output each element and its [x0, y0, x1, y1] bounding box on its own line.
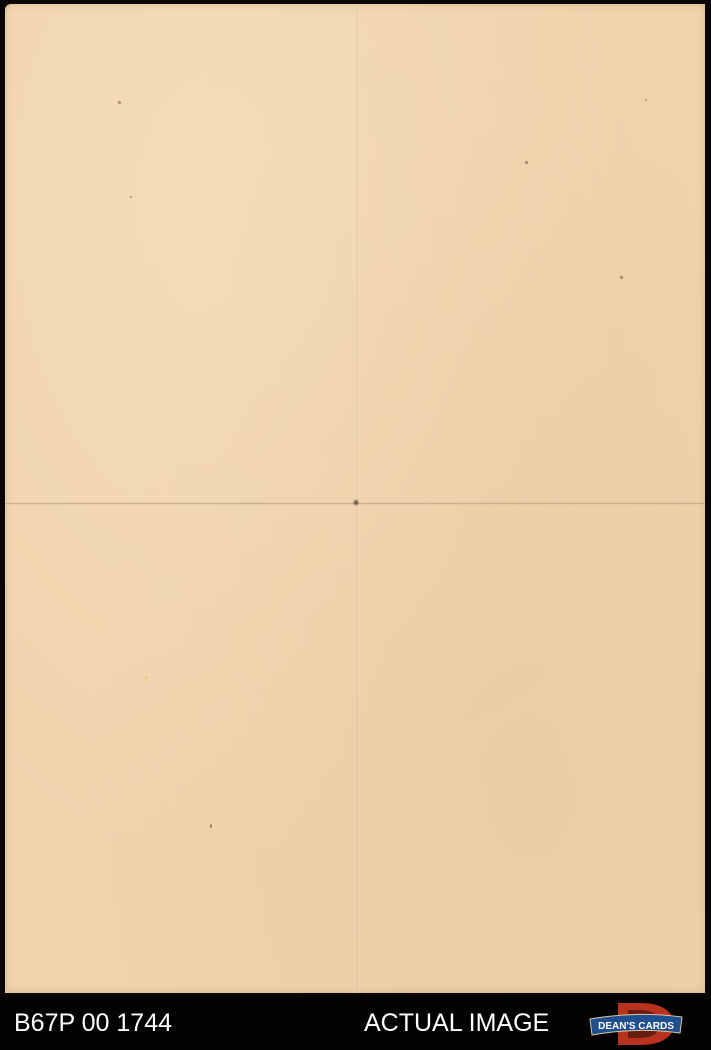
paper-speck [145, 676, 148, 679]
fold-intersection-mark [353, 498, 359, 507]
deans-cards-logo-icon: DEAN'S CARDS [588, 1001, 684, 1047]
paper-speck [210, 824, 212, 828]
paper-speck [118, 101, 121, 104]
actual-image-label: ACTUAL IMAGE [364, 1009, 549, 1038]
logo-text: DEAN'S CARDS [598, 1021, 674, 1032]
footer-bar: B67P 00 1744 ACTUAL IMAGE DEAN'S CARDS [0, 997, 711, 1050]
scan-area [0, 0, 711, 997]
paper-speck [620, 276, 623, 279]
paper-speck [525, 161, 528, 164]
paper-sheet [5, 4, 705, 993]
paper-speck [645, 99, 647, 101]
sku-code: B67P 00 1744 [14, 1009, 172, 1038]
paper-speck [130, 196, 132, 198]
